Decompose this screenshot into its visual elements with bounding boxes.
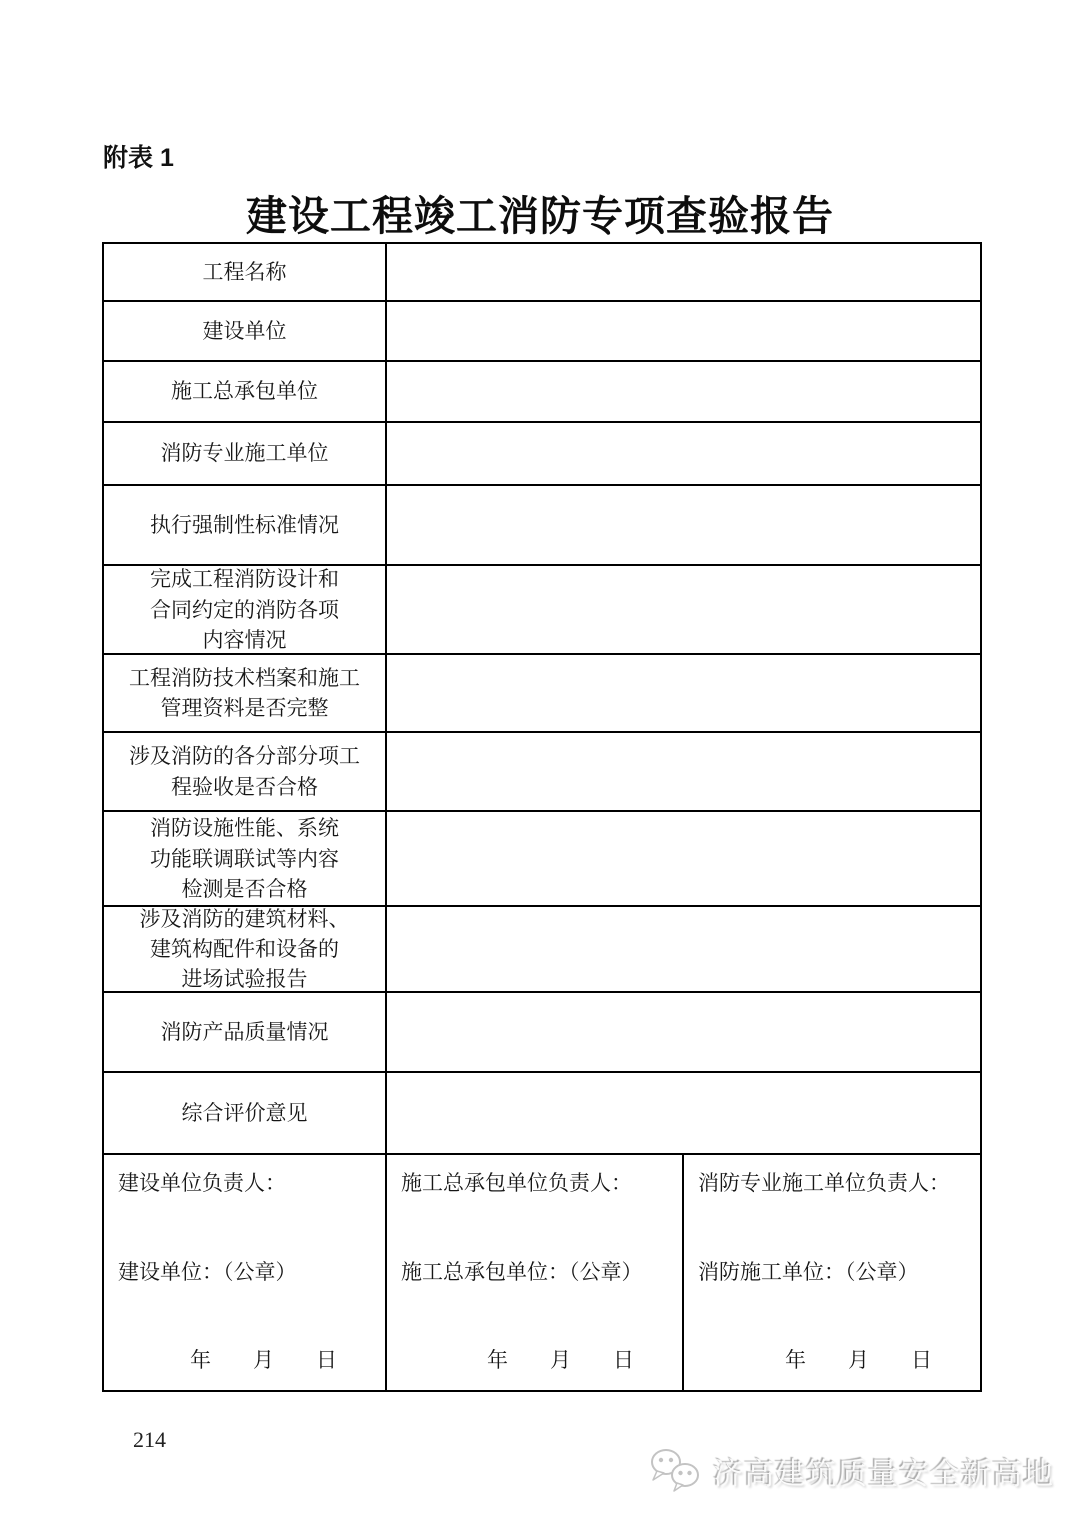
row-label: 执行强制性标准情况	[104, 486, 387, 564]
row-value-cell[interactable]	[387, 655, 980, 731]
table-row: 消防专业施工单位	[104, 423, 980, 486]
row-label: 施工总承包单位	[104, 362, 387, 421]
row-value-cell[interactable]	[387, 302, 980, 360]
signature-date-label: 年 月 日	[698, 1344, 970, 1374]
row-label: 消防设施性能、系统 功能联调联试等内容 检测是否合格	[104, 812, 387, 905]
row-value-cell[interactable]	[387, 423, 980, 484]
page-number: 214	[133, 1427, 166, 1453]
table-row: 完成工程消防设计和 合同约定的消防各项 内容情况	[104, 566, 980, 655]
wechat-icon	[649, 1447, 703, 1495]
signature-row: 建设单位负责人： 建设单位：（公章） 年 月 日 施工总承包单位负责人： 施工总…	[104, 1155, 980, 1390]
watermark-text: 济高建筑质量安全新高地	[713, 1449, 1054, 1493]
table-row: 工程消防技术档案和施工 管理资料是否完整	[104, 655, 980, 733]
row-value-cell[interactable]	[387, 486, 980, 564]
row-label: 消防专业施工单位	[104, 423, 387, 484]
row-label: 完成工程消防设计和 合同约定的消防各项 内容情况	[104, 566, 387, 653]
signature-seal-label: 消防施工单位：（公章）	[698, 1256, 970, 1286]
signature-responsible-label: 施工总承包单位负责人：	[401, 1167, 672, 1197]
table-row: 工程名称	[104, 244, 980, 302]
signature-cell-construction-unit[interactable]: 建设单位负责人： 建设单位：（公章） 年 月 日	[104, 1155, 387, 1390]
row-value-cell[interactable]	[387, 812, 980, 905]
table-row: 施工总承包单位	[104, 362, 980, 423]
page-title: 建设工程竣工消防专项查验报告	[0, 183, 1080, 242]
row-label: 工程名称	[104, 244, 387, 300]
attachment-tag: 附表 1	[103, 138, 174, 174]
table-row: 消防设施性能、系统 功能联调联试等内容 检测是否合格	[104, 812, 980, 907]
row-value-cell[interactable]	[387, 244, 980, 300]
table-row: 消防产品质量情况	[104, 993, 980, 1073]
row-value-cell[interactable]	[387, 566, 980, 653]
table-row: 建设单位	[104, 302, 980, 362]
table-row: 涉及消防的建筑材料、 建筑构配件和设备的 进场试验报告	[104, 907, 980, 993]
signature-responsible-label: 消防专业施工单位负责人：	[698, 1167, 970, 1197]
watermark: 济高建筑质量安全新高地	[649, 1447, 1054, 1495]
signature-cell-fire-contractor[interactable]: 消防专业施工单位负责人： 消防施工单位：（公章） 年 月 日	[684, 1155, 980, 1390]
row-value-cell[interactable]	[387, 1073, 980, 1153]
signature-cell-general-contractor[interactable]: 施工总承包单位负责人： 施工总承包单位：（公章） 年 月 日	[387, 1155, 684, 1390]
signature-seal-label: 建设单位：（公章）	[118, 1256, 375, 1286]
document-page: 附表 1 建设工程竣工消防专项查验报告 工程名称 建设单位 施工总承包单位 消防…	[0, 0, 1080, 1527]
signature-seal-label: 施工总承包单位：（公章）	[401, 1256, 672, 1286]
signature-date-label: 年 月 日	[401, 1344, 672, 1374]
row-label: 综合评价意见	[104, 1073, 387, 1153]
table-row: 综合评价意见	[104, 1073, 980, 1155]
row-label: 涉及消防的建筑材料、 建筑构配件和设备的 进场试验报告	[104, 907, 387, 991]
signature-date-label: 年 月 日	[118, 1344, 375, 1374]
row-value-cell[interactable]	[387, 362, 980, 421]
table-row: 涉及消防的各分部分项工 程验收是否合格	[104, 733, 980, 812]
row-label: 工程消防技术档案和施工 管理资料是否完整	[104, 655, 387, 731]
inspection-form-table: 工程名称 建设单位 施工总承包单位 消防专业施工单位 执行强制性标准情况 完成工…	[102, 242, 982, 1392]
row-value-cell[interactable]	[387, 733, 980, 810]
row-label: 消防产品质量情况	[104, 993, 387, 1071]
table-row: 执行强制性标准情况	[104, 486, 980, 566]
row-value-cell[interactable]	[387, 993, 980, 1071]
row-label: 建设单位	[104, 302, 387, 360]
signature-responsible-label: 建设单位负责人：	[118, 1167, 375, 1197]
row-value-cell[interactable]	[387, 907, 980, 991]
row-label: 涉及消防的各分部分项工 程验收是否合格	[104, 733, 387, 810]
